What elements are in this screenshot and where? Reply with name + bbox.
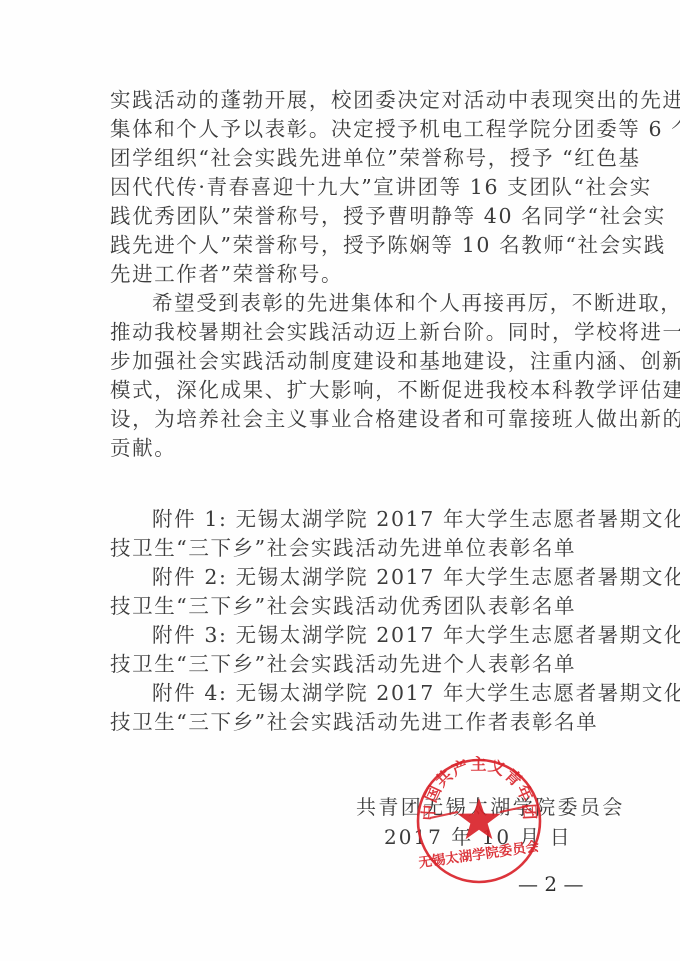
page-number: — 2 — (518, 870, 582, 898)
attachment-4-line-2: 技卫生“三下乡”社会实践活动先进工作者表彰名单 (110, 708, 590, 737)
signature-date: 2017 年 10 月 日 (384, 823, 549, 851)
attachment-3-line-1: 附件 3: 无锡太湖学院 2017 年大学生志愿者暑期文化科 (152, 621, 590, 650)
paragraph-1-line-6: 践先进个人”荣誉称号，授予陈娴等 10 名教师“社会实践 (110, 231, 590, 260)
attachment-1-line-1: 附件 1: 无锡太湖学院 2017 年大学生志愿者暑期文化科 (152, 505, 590, 534)
signature-organization: 共青团无锡太湖学院委员会 (356, 793, 581, 821)
paragraph-2-line-6: 贡献。 (110, 434, 590, 463)
paragraph-1-line-5: 践优秀团队”荣誉称号，授予曹明静等 40 名同学“社会实 (110, 202, 590, 231)
paragraph-2-line-2: 推动我校暑期社会实践活动迈上新台阶。同时，学校将进一 (110, 318, 590, 347)
attachment-3-line-2: 技卫生“三下乡”社会实践活动先进个人表彰名单 (110, 650, 590, 679)
paragraph-2-line-1: 希望受到表彰的先进集体和个人再接再厉，不断进取， (152, 289, 590, 318)
attachment-1-line-2: 技卫生“三下乡”社会实践活动先进单位表彰名单 (110, 534, 590, 563)
paragraph-2-line-5: 设，为培养社会主义事业合格建设者和可靠接班人做出新的 (110, 405, 590, 434)
paragraph-1-line-7: 先进工作者”荣誉称号。 (110, 260, 590, 289)
paragraph-1-line-2: 集体和个人予以表彰。决定授予机电工程学院分团委等 6 个 (110, 115, 590, 144)
attachment-2-line-2: 技卫生“三下乡”社会实践活动优秀团队表彰名单 (110, 592, 590, 621)
paragraph-1-line-4: 因代代传·青春喜迎十九大”宣讲团等 16 支团队“社会实 (110, 173, 590, 202)
official-seal-icon: 中国共产主义青年团 无锡太湖学院委员会 (414, 756, 544, 886)
document-page: 实践活动的蓬勃开展，校团委决定对活动中表现突出的先进 集体和个人予以表彰。决定授… (0, 0, 680, 961)
attachment-4-line-1: 附件 4: 无锡太湖学院 2017 年大学生志愿者暑期文化科 (152, 679, 590, 708)
paragraph-2-line-4: 模式，深化成果、扩大影响，不断促进我校本科教学评估建 (110, 376, 590, 405)
attachment-2-line-1: 附件 2: 无锡太湖学院 2017 年大学生志愿者暑期文化科 (152, 563, 590, 592)
paragraph-2-line-3: 步加强社会实践活动制度建设和基地建设，注重内涵、创新 (110, 347, 590, 376)
paragraph-1-line-3: 团学组织“社会实践先进单位”荣誉称号，授予 “红色基 (110, 144, 590, 173)
paragraph-1-line-1: 实践活动的蓬勃开展，校团委决定对活动中表现突出的先进 (110, 86, 590, 115)
